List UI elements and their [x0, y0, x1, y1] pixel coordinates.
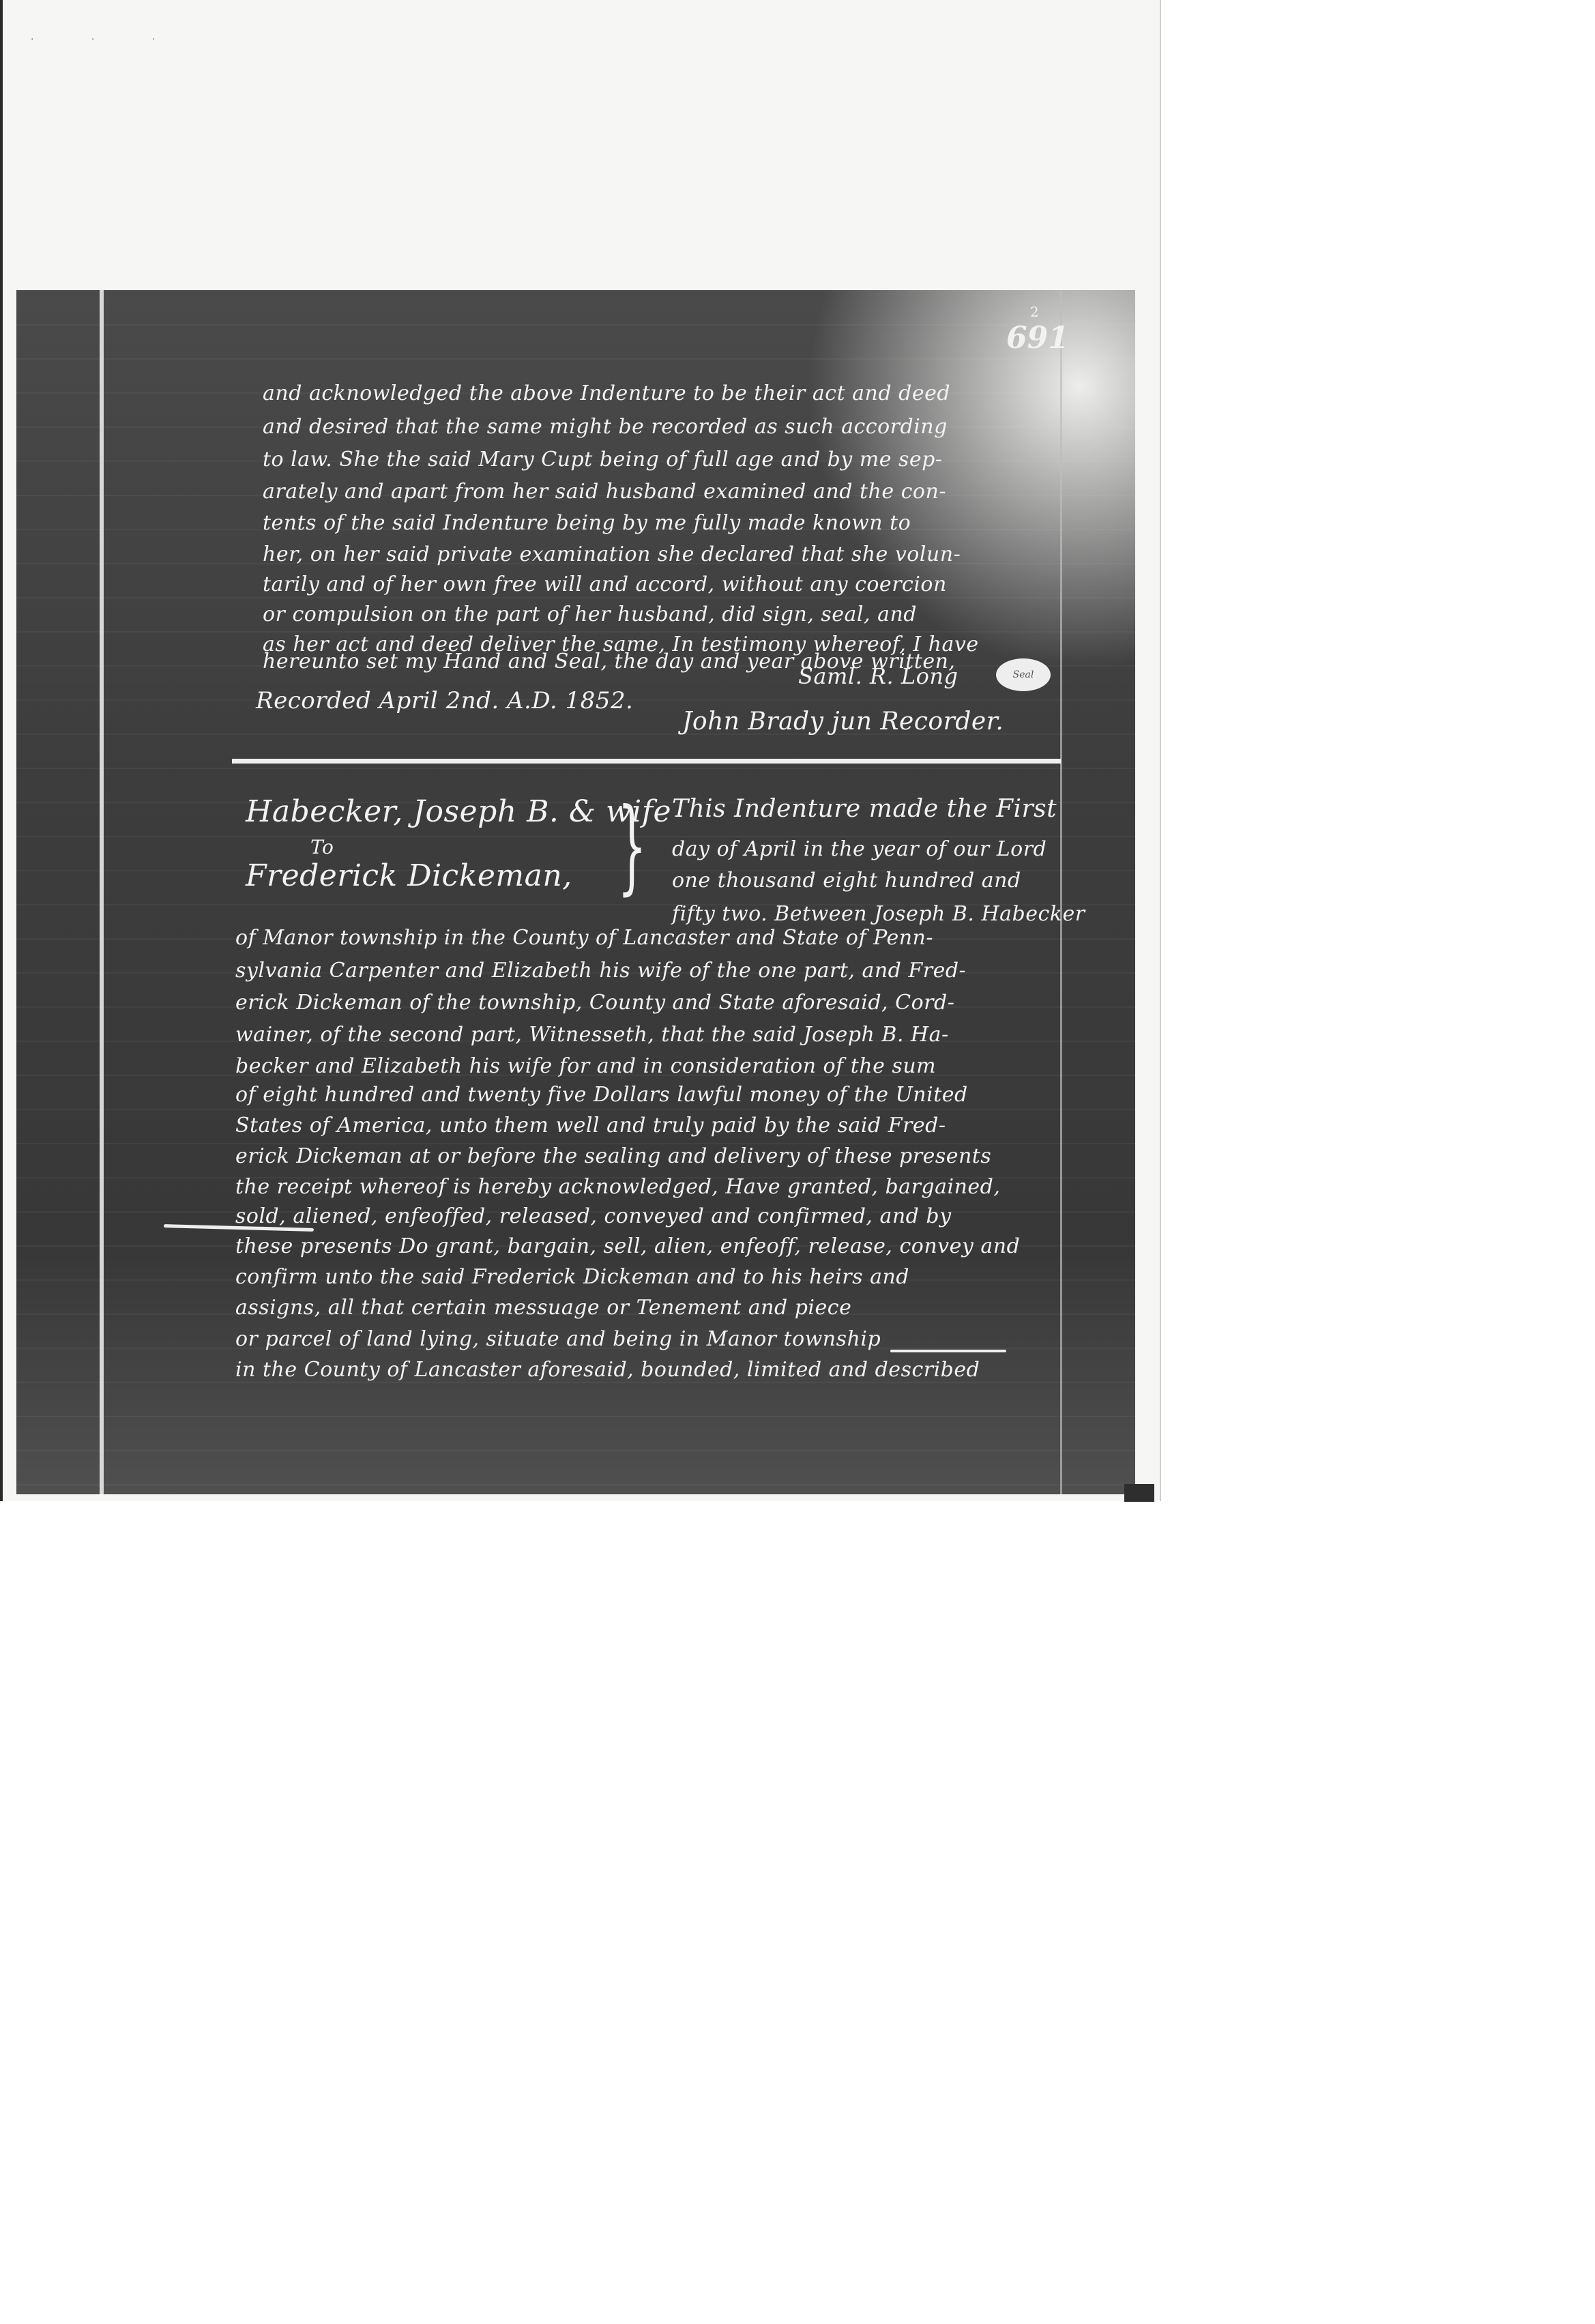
ack-line: or compulsion on the part of her husband…: [263, 605, 1054, 625]
indenture-body-line: of eight hundred and twenty five Dollars…: [235, 1085, 1027, 1105]
indenture-body-line: erick Dickeman at or before the sealing …: [235, 1146, 1027, 1167]
grantor-name: Habecker, Joseph B. & wife: [246, 797, 671, 827]
indenture-body-line: these presents Do grant, bargain, sell, …: [235, 1236, 1027, 1257]
section-divider: [232, 759, 1061, 764]
ack-line: her, on her said private examination she…: [263, 544, 1054, 565]
party-connector: To: [310, 838, 334, 857]
grantee-name: Frederick Dickeman,: [246, 861, 572, 891]
justice-signature: Saml. R. Long: [798, 665, 958, 687]
sheet-left-edge: [0, 0, 3, 1501]
bracket-brace: }: [617, 795, 647, 897]
seal-stamp: Seal: [996, 658, 1051, 691]
indenture-body-line: States of America, unto them well and tr…: [235, 1116, 1027, 1136]
indenture-body-line: wainer, of the second part, Witnesseth, …: [235, 1025, 1027, 1045]
indenture-body-line: erick Dickeman of the township, County a…: [235, 993, 1027, 1013]
indenture-body-line: sold, aliened, enfeoffed, released, conv…: [235, 1206, 1027, 1227]
ack-line: tents of the said Indenture being by me …: [263, 513, 1054, 534]
ack-line: to law. She the said Mary Cupt being of …: [263, 450, 1054, 470]
page-number-mark: 2: [1030, 304, 1039, 320]
recorded-date: Recorded April 2nd. A.D. 1852.: [256, 689, 633, 712]
strike-stroke: [890, 1350, 1006, 1352]
indenture-body-line: becker and Elizabeth his wife for and in…: [235, 1056, 1027, 1077]
ack-line: tarily and of her own free will and acco…: [263, 575, 1054, 595]
right-margin-rule: [1060, 290, 1062, 1494]
ack-line: arately and apart from her said husband …: [263, 482, 1054, 502]
indenture-opening-line: day of April in the year of our Lord: [672, 839, 1047, 860]
indenture-body-line: in the County of Lancaster aforesaid, bo…: [235, 1360, 1027, 1380]
scan-corner-tab: [1124, 1484, 1154, 1502]
page-number: 691: [1006, 321, 1069, 355]
recorder-signature: John Brady jun Recorder.: [682, 710, 1004, 734]
indenture-opening-line: one thousand eight hundred and: [672, 871, 1021, 891]
indenture-opening-line: This Indenture made the First: [672, 797, 1057, 822]
indenture-opening-line: fifty two. Between Joseph B. Habecker: [672, 904, 1085, 925]
photocopy-sheet: · · · 2 691 and acknowledged the above I…: [0, 0, 1161, 1501]
ack-line: and acknowledged the above Indenture to …: [263, 383, 1054, 404]
indenture-body-line: of Manor township in the County of Lanca…: [235, 928, 1027, 948]
ack-line: and desired that the same might be recor…: [263, 417, 1054, 437]
indenture-body-line: confirm unto the said Frederick Dickeman…: [235, 1267, 1027, 1288]
left-margin-rule: [100, 290, 104, 1494]
scan-specks: · · ·: [31, 34, 182, 45]
indenture-body-line: sylvania Carpenter and Elizabeth his wif…: [235, 961, 1027, 981]
indenture-body-line: or parcel of land lying, situate and bei…: [235, 1329, 1027, 1350]
indenture-body-line: assigns, all that certain messuage or Te…: [235, 1298, 1027, 1318]
indenture-body-line: the receipt whereof is hereby acknowledg…: [235, 1177, 1027, 1197]
